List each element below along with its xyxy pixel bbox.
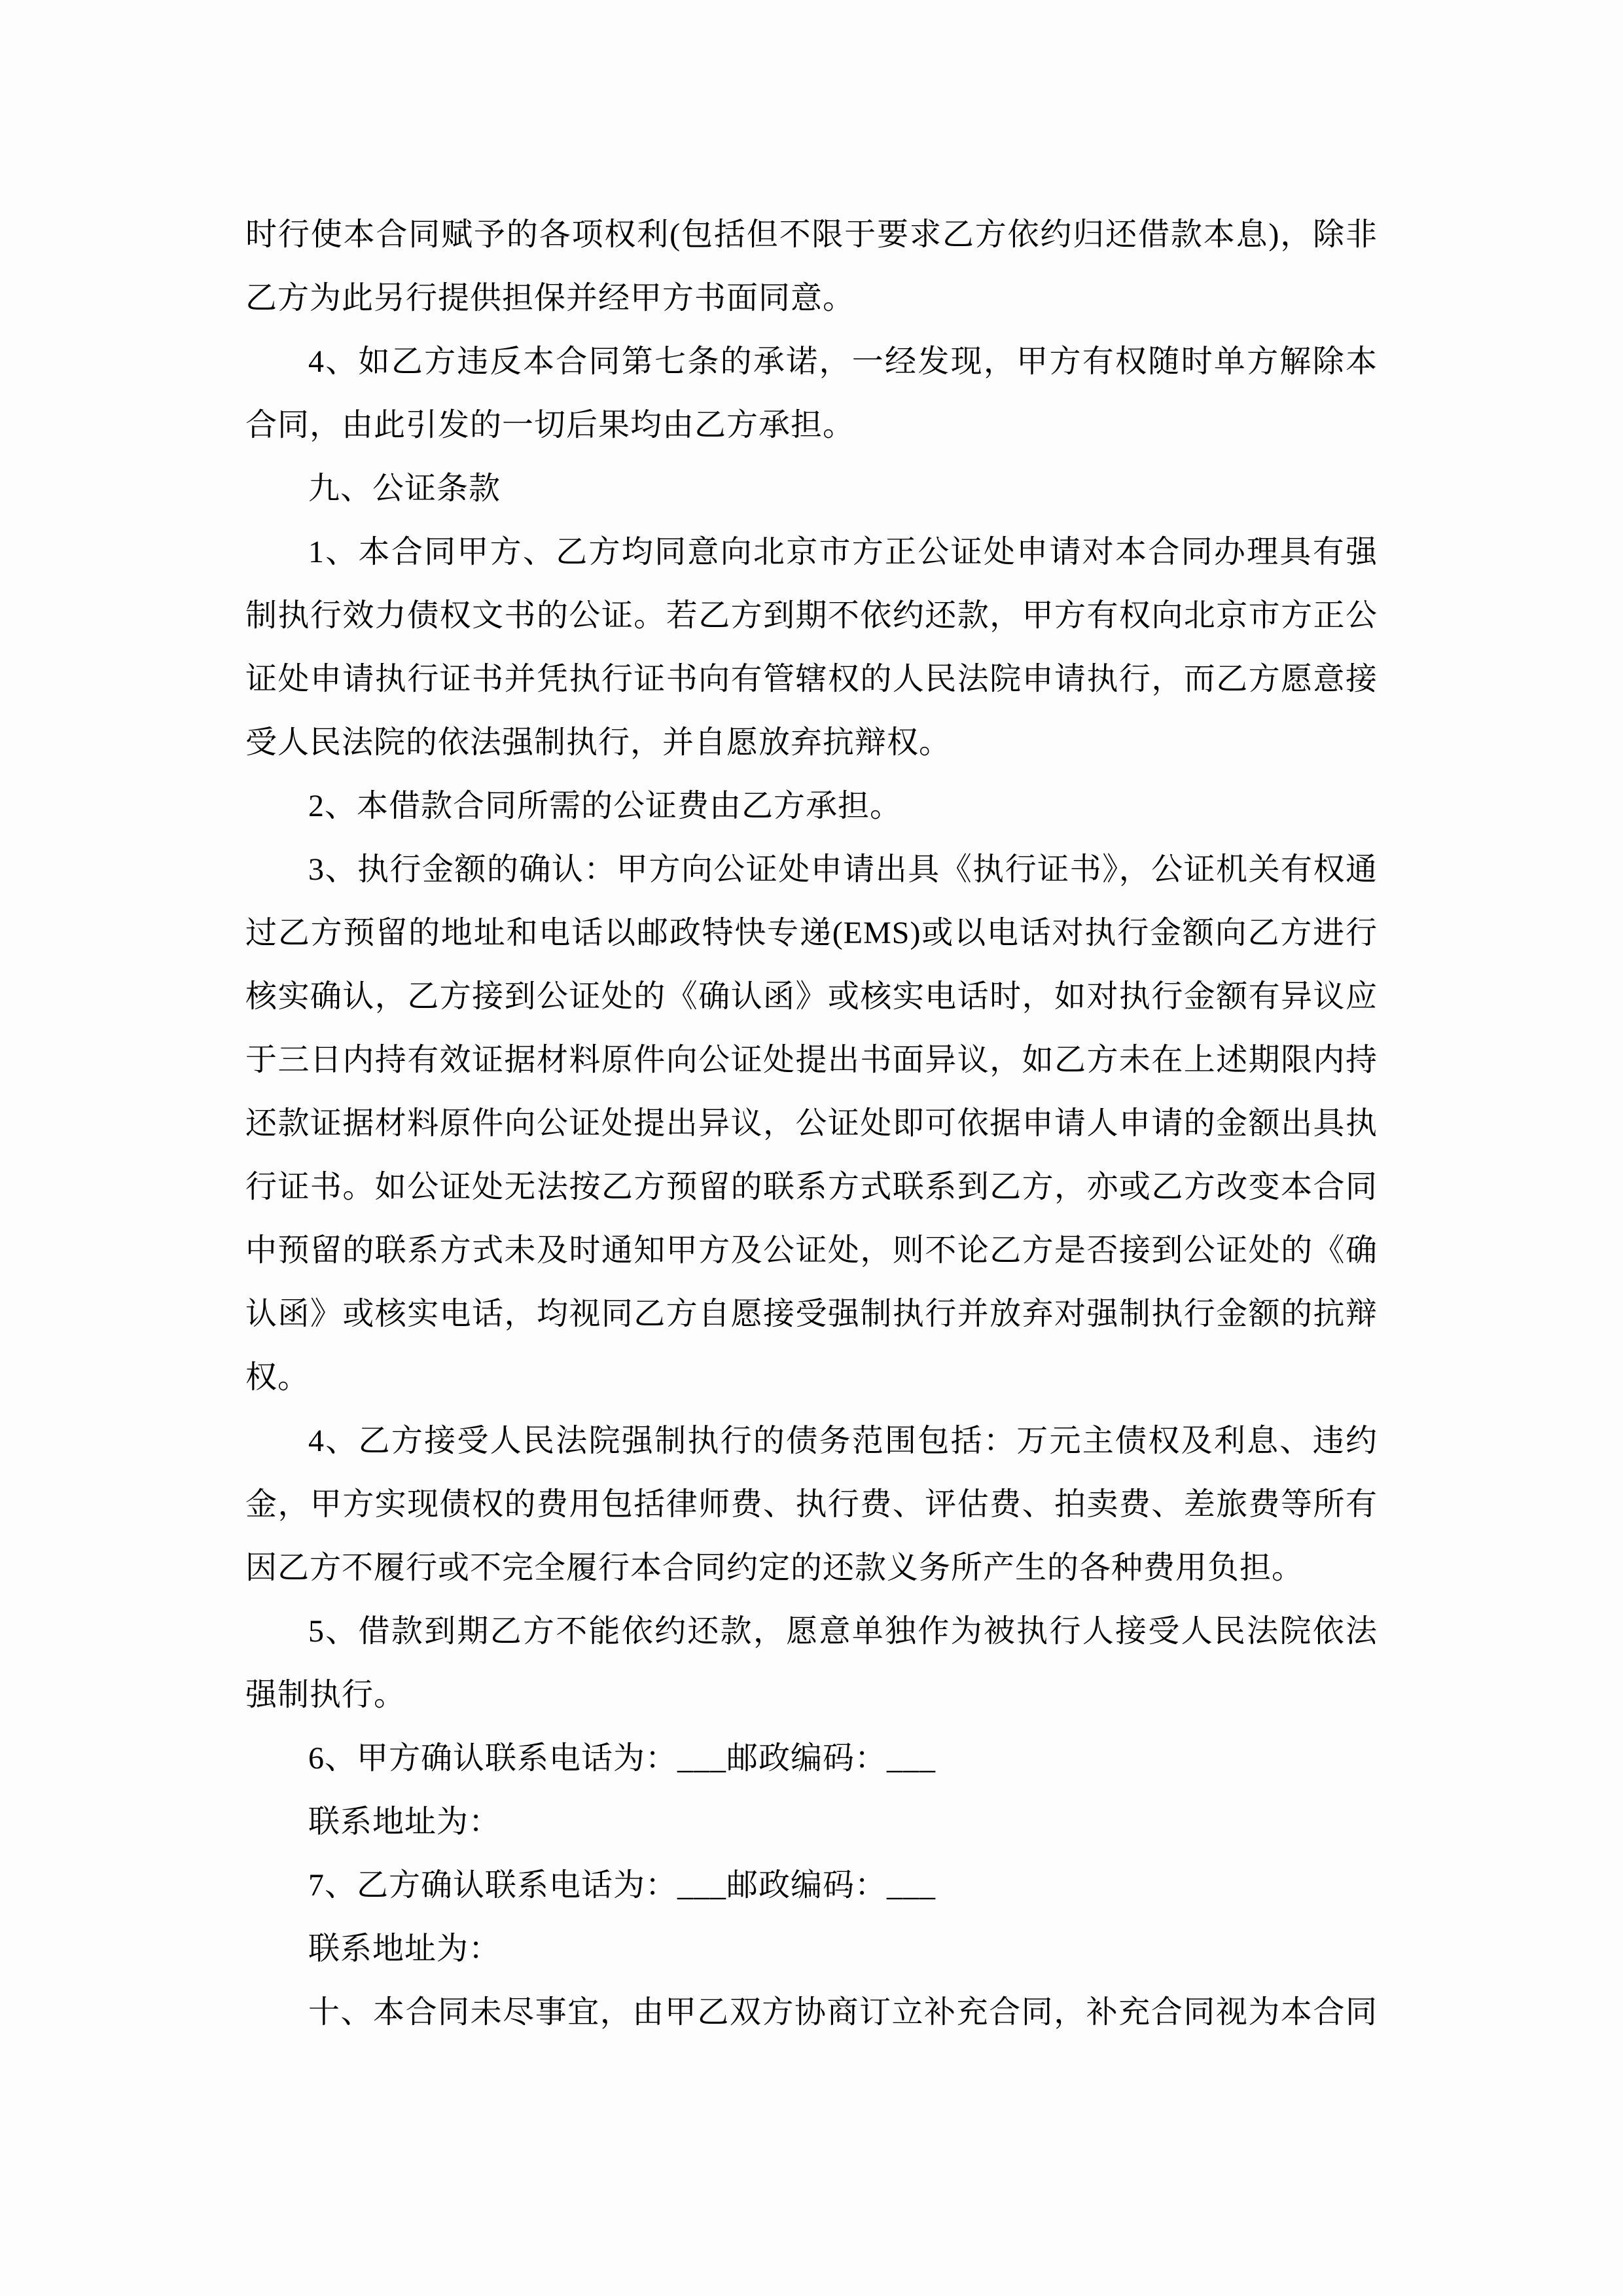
text-line: 十、本合同未尽事宜，由甲乙双方协商订立补充合同，补充合同视为本合同 [245, 1981, 1378, 2044]
text-line: 因乙方不履行或不完全履行本合同约定的还款义务所产生的各种费用负担。 [245, 1536, 1378, 1600]
text-line: 5、借款到期乙方不能依约还款，愿意单独作为被执行人接受人民法院依法 [245, 1600, 1378, 1663]
text-line: 7、乙方确认联系电话为：___邮政编码：___ [245, 1854, 1378, 1917]
text-line: 核实确认，乙方接到公证处的《确认函》或核实电话时，如对执行金额有异议应 [245, 965, 1378, 1028]
text-line: 受人民法院的依法强制执行，并自愿放弃抗辩权。 [245, 711, 1378, 774]
text-line: 合同，由此引发的一切后果均由乙方承担。 [245, 393, 1378, 457]
text-line: 于三日内持有效证据材料原件向公证处提出书面异议，如乙方未在上述期限内持 [245, 1028, 1378, 1092]
text-line: 权。 [245, 1346, 1378, 1409]
contract-page: 时行使本合同赋予的各项权利(包括但不限于要求乙方依约归还借款本息)，除非乙方为此… [0, 0, 1623, 2296]
text-line: 金，甲方实现债权的费用包括律师费、执行费、评估费、拍卖费、差旅费等所有 [245, 1473, 1378, 1536]
text-line: 乙方为此另行提供担保并经甲方书面同意。 [245, 266, 1378, 330]
text-line: 认函》或核实电话，均视同乙方自愿接受强制执行并放弃对强制执行金额的抗辩 [245, 1282, 1378, 1346]
text-line: 行证书。如公证处无法按乙方预留的联系方式联系到乙方，亦或乙方改变本合同 [245, 1155, 1378, 1219]
text-line: 制执行效力债权文书的公证。若乙方到期不依约还款，甲方有权向北京市方正公 [245, 584, 1378, 647]
text-line: 强制执行。 [245, 1663, 1378, 1727]
text-line: 4、乙方接受人民法院强制执行的债务范围包括：万元主债权及利息、违约 [245, 1409, 1378, 1473]
text-line: 联系地址为： [245, 1917, 1378, 1981]
text-line: 九、公证条款 [245, 457, 1378, 520]
text-line: 时行使本合同赋予的各项权利(包括但不限于要求乙方依约归还借款本息)，除非 [245, 203, 1378, 266]
text-line: 过乙方预留的地址和电话以邮政特快专递(EMS)或以电话对执行金额向乙方进行 [245, 901, 1378, 965]
text-line: 2、本借款合同所需的公证费由乙方承担。 [245, 774, 1378, 838]
text-line: 还款证据材料原件向公证处提出异议，公证处即可依据申请人申请的金额出具执 [245, 1092, 1378, 1155]
text-line: 6、甲方确认联系电话为：___邮政编码：___ [245, 1727, 1378, 1790]
text-line: 联系地址为： [245, 1790, 1378, 1854]
text-line: 证处申请执行证书并凭执行证书向有管辖权的人民法院申请执行，而乙方愿意接 [245, 647, 1378, 711]
text-line: 3、执行金额的确认：甲方向公证处申请出具《执行证书》，公证机关有权通 [245, 838, 1378, 901]
document-body: 时行使本合同赋予的各项权利(包括但不限于要求乙方依约归还借款本息)，除非乙方为此… [245, 203, 1378, 2044]
text-line: 1、本合同甲方、乙方均同意向北京市方正公证处申请对本合同办理具有强 [245, 520, 1378, 584]
text-line: 中预留的联系方式未及时通知甲方及公证处，则不论乙方是否接到公证处的《确 [245, 1219, 1378, 1282]
text-line: 4、如乙方违反本合同第七条的承诺，一经发现，甲方有权随时单方解除本 [245, 330, 1378, 393]
